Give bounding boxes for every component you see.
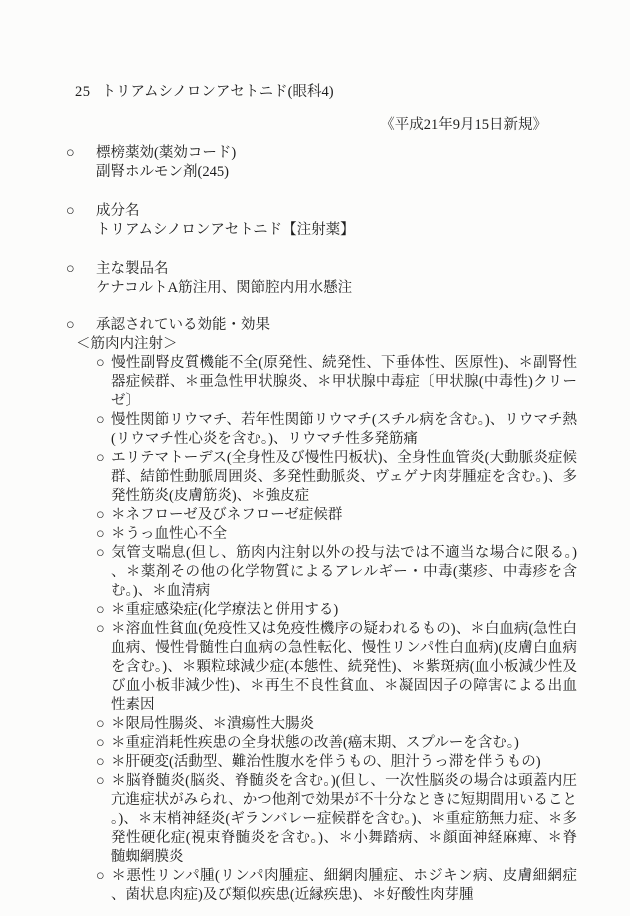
- circle-bullet: ○: [66, 144, 96, 163]
- indication-text: ＊溶血性貧血(免疫性又は免疫性機序の疑われるもの)、＊白血病(急性白血病、慢性骨…: [111, 621, 577, 713]
- section-body: トリアムシノロンアセトニド【注射薬】: [66, 221, 580, 240]
- item-bullet: ○: [96, 601, 111, 620]
- indication-text: 慢性副腎皮質機能不全(原発性、続発性、下垂体性、医原性)、＊副腎性器症候群、＊亜…: [111, 355, 577, 409]
- indication-item: ○＊脳脊髄炎(脳炎、脊髄炎を含む。)(但し、一次性脳炎の場合は頭蓋内圧亢進症状が…: [96, 772, 577, 867]
- indication-text: ＊うっ血性心不全: [111, 526, 227, 542]
- item-bullet: ○: [96, 354, 111, 373]
- item-bullet: ○: [96, 525, 111, 544]
- document-page: 25トリアムシノロンアセトニド(眼科4) 《平成21年9月15日新規》 ○ 標榜…: [0, 0, 630, 916]
- revision-date: 《平成21年9月15日新規》: [380, 116, 547, 135]
- indication-text: ＊ネフローゼ及びネフローゼ症候群: [111, 507, 342, 523]
- item-bullet: ○: [96, 620, 111, 639]
- indication-text: 気管支喘息(但し、筋肉内注射以外の投与法では不適当な場合に限る。)、＊薬剤その他…: [111, 545, 577, 599]
- item-bullet: ○: [96, 506, 111, 525]
- section-indications: ○ 承認されている効能・効果 ＜筋肉内注射＞ ○慢性副腎皮質機能不全(原発性、続…: [66, 316, 580, 905]
- section-heading-row: ○ 主な製品名: [66, 260, 580, 279]
- section-product-name: ○ 主な製品名 ケナコルトA筋注用、関節腔内用水懸注: [66, 260, 580, 298]
- section-heading: 主な製品名: [96, 260, 169, 279]
- item-bullet: ○: [96, 449, 111, 468]
- indication-item: ○＊悪性リンパ腫(リンパ肉腫症、細網肉腫症、ホジキン病、皮膚細網症、菌状息肉症)…: [96, 867, 577, 905]
- indication-text: ＊限局性腸炎、＊潰瘍性大腸炎: [111, 716, 314, 732]
- indication-text: 慢性関節リウマチ、若年性関節リウマチ(スチル病を含む。)、リウマチ熱(リウマチ性…: [111, 412, 577, 447]
- doc-title: トリアムシノロンアセトニド(眼科4): [102, 84, 334, 100]
- circle-bullet: ○: [66, 316, 96, 335]
- indication-text: エリテマトーデス(全身性及び慢性円板状)、全身性血管炎(大動脈炎症候群、結節性動…: [111, 450, 577, 504]
- item-bullet: ○: [96, 544, 111, 563]
- item-bullet: ○: [96, 715, 111, 734]
- doc-number: 25: [75, 83, 91, 102]
- item-bullet: ○: [96, 753, 111, 772]
- indication-text: ＊重症感染症(化学療法と併用する): [111, 602, 338, 618]
- item-bullet: ○: [96, 411, 111, 430]
- indication-item: ○気管支喘息(但し、筋肉内注射以外の投与法では不適当な場合に限る。)、＊薬剤その…: [96, 544, 577, 601]
- circle-bullet: ○: [66, 202, 96, 221]
- indication-text: ＊重症消耗性疾患の全身状態の改善(癌末期、スプルーを含む。): [111, 735, 519, 751]
- item-bullet: ○: [96, 867, 111, 886]
- section-heading: 成分名: [96, 202, 140, 221]
- section-heading-row: ○ 標榜薬効(薬効コード): [66, 144, 580, 163]
- indication-text: ＊肝硬変(活動型、難治性腹水を伴うもの、胆汁うっ滞を伴うもの): [111, 754, 541, 770]
- section-ingredient-name: ○ 成分名 トリアムシノロンアセトニド【注射薬】: [66, 202, 580, 240]
- circle-bullet: ○: [66, 260, 96, 279]
- section-body: 副腎ホルモン剤(245): [66, 163, 580, 182]
- indication-item: ○慢性関節リウマチ、若年性関節リウマチ(スチル病を含む。)、リウマチ熱(リウマチ…: [96, 411, 577, 449]
- indication-text: ＊脳脊髄炎(脳炎、脊髄炎を含む。)(但し、一次性脳炎の場合は頭蓋内圧亢進症状がみ…: [111, 773, 577, 865]
- section-heading-row: ○ 承認されている効能・効果: [66, 316, 580, 335]
- item-bullet: ○: [96, 772, 111, 791]
- indication-item: ○＊ネフローゼ及びネフローゼ症候群: [96, 506, 577, 525]
- section-heading-row: ○ 成分名: [66, 202, 580, 221]
- section-heading: 承認されている効能・効果: [96, 316, 270, 335]
- indication-item: ○＊うっ血性心不全: [96, 525, 577, 544]
- indication-item: ○エリテマトーデス(全身性及び慢性円板状)、全身性血管炎(大動脈炎症候群、結節性…: [96, 449, 577, 506]
- indication-item: ○＊肝硬変(活動型、難治性腹水を伴うもの、胆汁うっ滞を伴うもの): [96, 753, 577, 772]
- indication-item: ○慢性副腎皮質機能不全(原発性、続発性、下垂体性、医原性)、＊副腎性器症候群、＊…: [96, 354, 577, 411]
- indication-text: ＊悪性リンパ腫(リンパ肉腫症、細網肉腫症、ホジキン病、皮膚細網症、菌状息肉症)及…: [111, 868, 577, 903]
- section-drug-class: ○ 標榜薬効(薬効コード) 副腎ホルモン剤(245): [66, 144, 580, 182]
- indication-item: ○＊重症感染症(化学療法と併用する): [96, 601, 577, 620]
- indication-list: ○慢性副腎皮質機能不全(原発性、続発性、下垂体性、医原性)、＊副腎性器症候群、＊…: [66, 354, 577, 905]
- indication-item: ○＊重症消耗性疾患の全身状態の改善(癌末期、スプルーを含む。): [96, 734, 577, 753]
- route-heading: ＜筋肉内注射＞: [66, 335, 580, 354]
- section-heading: 標榜薬効(薬効コード): [96, 144, 236, 163]
- section-body: ケナコルトA筋注用、関節腔内用水懸注: [66, 279, 580, 298]
- indication-item: ○＊溶血性貧血(免疫性又は免疫性機序の疑われるもの)、＊白血病(急性白血病、慢性…: [96, 620, 577, 715]
- item-bullet: ○: [96, 734, 111, 753]
- doc-title-row: 25トリアムシノロンアセトニド(眼科4): [75, 83, 334, 102]
- indication-item: ○＊限局性腸炎、＊潰瘍性大腸炎: [96, 715, 577, 734]
